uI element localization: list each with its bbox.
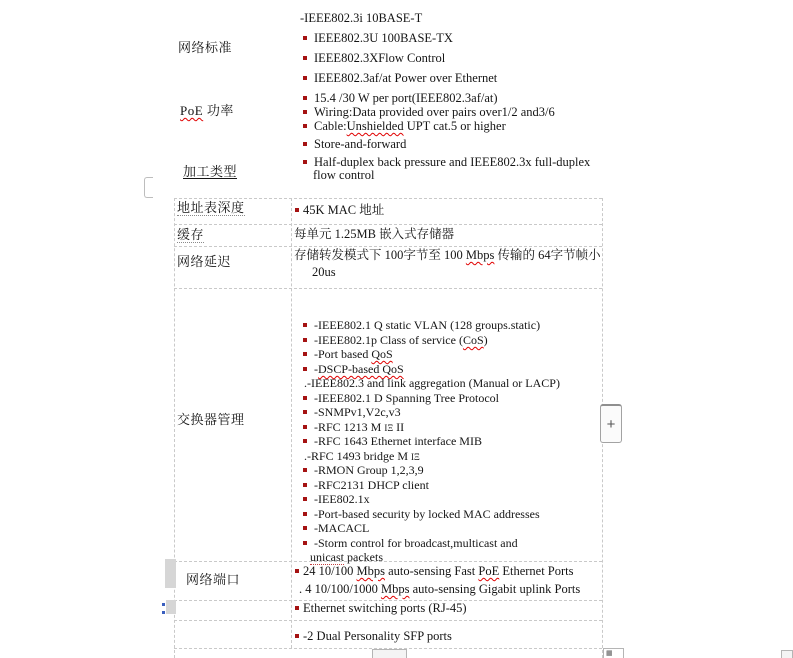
spec-line: -DSCP-based QoS — [303, 362, 404, 376]
spec-line: -IEEE802.1 D Spanning Tree Protocol — [303, 391, 499, 405]
bullet-icon — [303, 367, 307, 371]
row-label-switch-management: 交换器管理 — [177, 412, 245, 427]
bullet-icon — [303, 323, 307, 327]
spec-line: unicast packets — [310, 550, 383, 564]
document-page: 网络标准 PoE 功率 加工类型 -IEEE802.3i 10BASE-T IE… — [0, 0, 793, 658]
bullet-icon — [303, 410, 307, 414]
bullet-icon — [295, 208, 299, 212]
spec-line: 45K MAC 地址 — [295, 203, 384, 218]
spec-line: -SNMPv1,V2c,v3 — [303, 405, 401, 419]
row-label-address-table-depth: 地址表深度 — [177, 200, 245, 215]
spec-line: -2 Dual Personality SFP ports — [295, 629, 452, 644]
table-gridline — [174, 288, 602, 289]
change-marker-dot — [162, 611, 165, 614]
spec-line: 每单元 1.25MB 嵌入式存储器 — [294, 227, 454, 242]
row-label-processing-type: 加工类型 — [183, 164, 237, 179]
table-gridline — [174, 198, 602, 199]
row-label-network-latency: 网络延迟 — [177, 254, 231, 269]
spec-line: -Port-based security by locked MAC addre… — [303, 507, 540, 521]
spec-line: -RFC 1643 Ethernet interface MIB — [303, 434, 482, 448]
spec-line: -RMON Group 1,2,3,9 — [303, 463, 424, 477]
spec-line: 15.4 /30 W per port(IEEE802.3af/at) — [303, 91, 498, 106]
selection-bar — [166, 600, 176, 614]
bullet-icon — [303, 396, 307, 400]
partial-handle-bottom-center — [372, 649, 407, 658]
table-gridline — [174, 561, 602, 562]
spec-line: 24 10/100 Mbps auto-sensing Fast PoE Eth… — [295, 564, 574, 579]
table-gridline — [174, 198, 175, 658]
bullet-icon — [303, 483, 307, 487]
spec-line: IEEE802.3U 100BASE-TX — [303, 31, 453, 46]
bullet-icon — [303, 425, 307, 429]
table-gridline — [174, 246, 602, 247]
spec-line: .-IEEE802.3 and link aggregation (Manual… — [304, 376, 560, 390]
row-label-cache: 缓存 — [177, 227, 204, 242]
spec-line: Wiring:Data provided over pairs over1/2 … — [303, 105, 555, 120]
bullet-icon — [295, 569, 299, 573]
spec-line: -RFC 1213 M ΙΞ II — [303, 420, 404, 435]
plus-icon: + — [607, 416, 616, 433]
bullet-icon — [303, 160, 307, 164]
bullet-icon — [303, 110, 307, 114]
bullet-icon — [303, 56, 307, 60]
spec-line: flow control — [313, 168, 374, 183]
insert-column-button[interactable]: + — [600, 404, 622, 443]
paste-options-button[interactable]: ▦ — [603, 648, 624, 658]
cursor-bracket-marker — [144, 177, 153, 198]
spec-line: 存储转发模式下 100字节至 100 Mbps 传输的 64字节帧小 — [294, 248, 601, 263]
spec-line: . 4 10/100/1000 Mbps auto-sensing Gigabi… — [299, 582, 580, 597]
bullet-icon — [303, 36, 307, 40]
partial-element-bottom-right — [781, 650, 793, 658]
spec-line: -IEEE802.1p Class of service (CoS) — [303, 333, 488, 347]
spec-line: -RFC2131 DHCP client — [303, 478, 429, 492]
bullet-icon — [295, 634, 299, 638]
bullet-icon — [303, 439, 307, 443]
table-gridline — [291, 198, 292, 648]
bullet-icon — [303, 497, 307, 501]
bullet-icon — [303, 468, 307, 472]
bullet-icon — [303, 512, 307, 516]
bullet-icon — [303, 96, 307, 100]
bullet-icon — [303, 352, 307, 356]
spec-line: Cable:Unshielded UPT cat.5 or higher — [303, 119, 506, 134]
spec-line: -MACACL — [303, 521, 369, 535]
selection-bar — [165, 559, 176, 588]
spec-line: -IEE802.1x — [303, 492, 370, 506]
spec-line: IEEE802.3af/at Power over Ethernet — [303, 71, 497, 86]
bullet-icon — [303, 526, 307, 530]
spec-line: Store-and-forward — [303, 137, 406, 152]
spec-line: Ethernet switching ports (RJ-45) — [295, 601, 467, 616]
row-label-network-standard: 网络标准 — [178, 40, 232, 55]
spec-line: IEEE802.3XFlow Control — [303, 51, 445, 66]
spec-line: -IEEE802.3i 10BASE-T — [300, 11, 422, 26]
row-label-network-ports: 网络端口 — [186, 572, 240, 587]
bullet-icon — [303, 124, 307, 128]
bullet-icon — [303, 142, 307, 146]
spec-line: .-RFC 1493 bridge M ΙΞ — [304, 449, 420, 464]
spec-line: -Storm control for broadcast,multicast a… — [303, 536, 518, 550]
paste-icon: ▦ — [606, 650, 613, 657]
row-label-poe-power: PoE 功率 — [180, 103, 234, 118]
spec-line: -IEEE802.1 Q static VLAN (128 groups.sta… — [303, 318, 540, 332]
spec-line: -Port based QoS — [303, 347, 393, 361]
bullet-icon — [303, 76, 307, 80]
change-marker-dot — [162, 603, 165, 606]
bullet-icon — [303, 541, 307, 545]
bullet-icon — [295, 606, 299, 610]
bullet-icon — [303, 338, 307, 342]
table-gridline — [174, 620, 602, 621]
table-gridline — [174, 224, 602, 225]
spec-line: 20us — [312, 265, 336, 280]
